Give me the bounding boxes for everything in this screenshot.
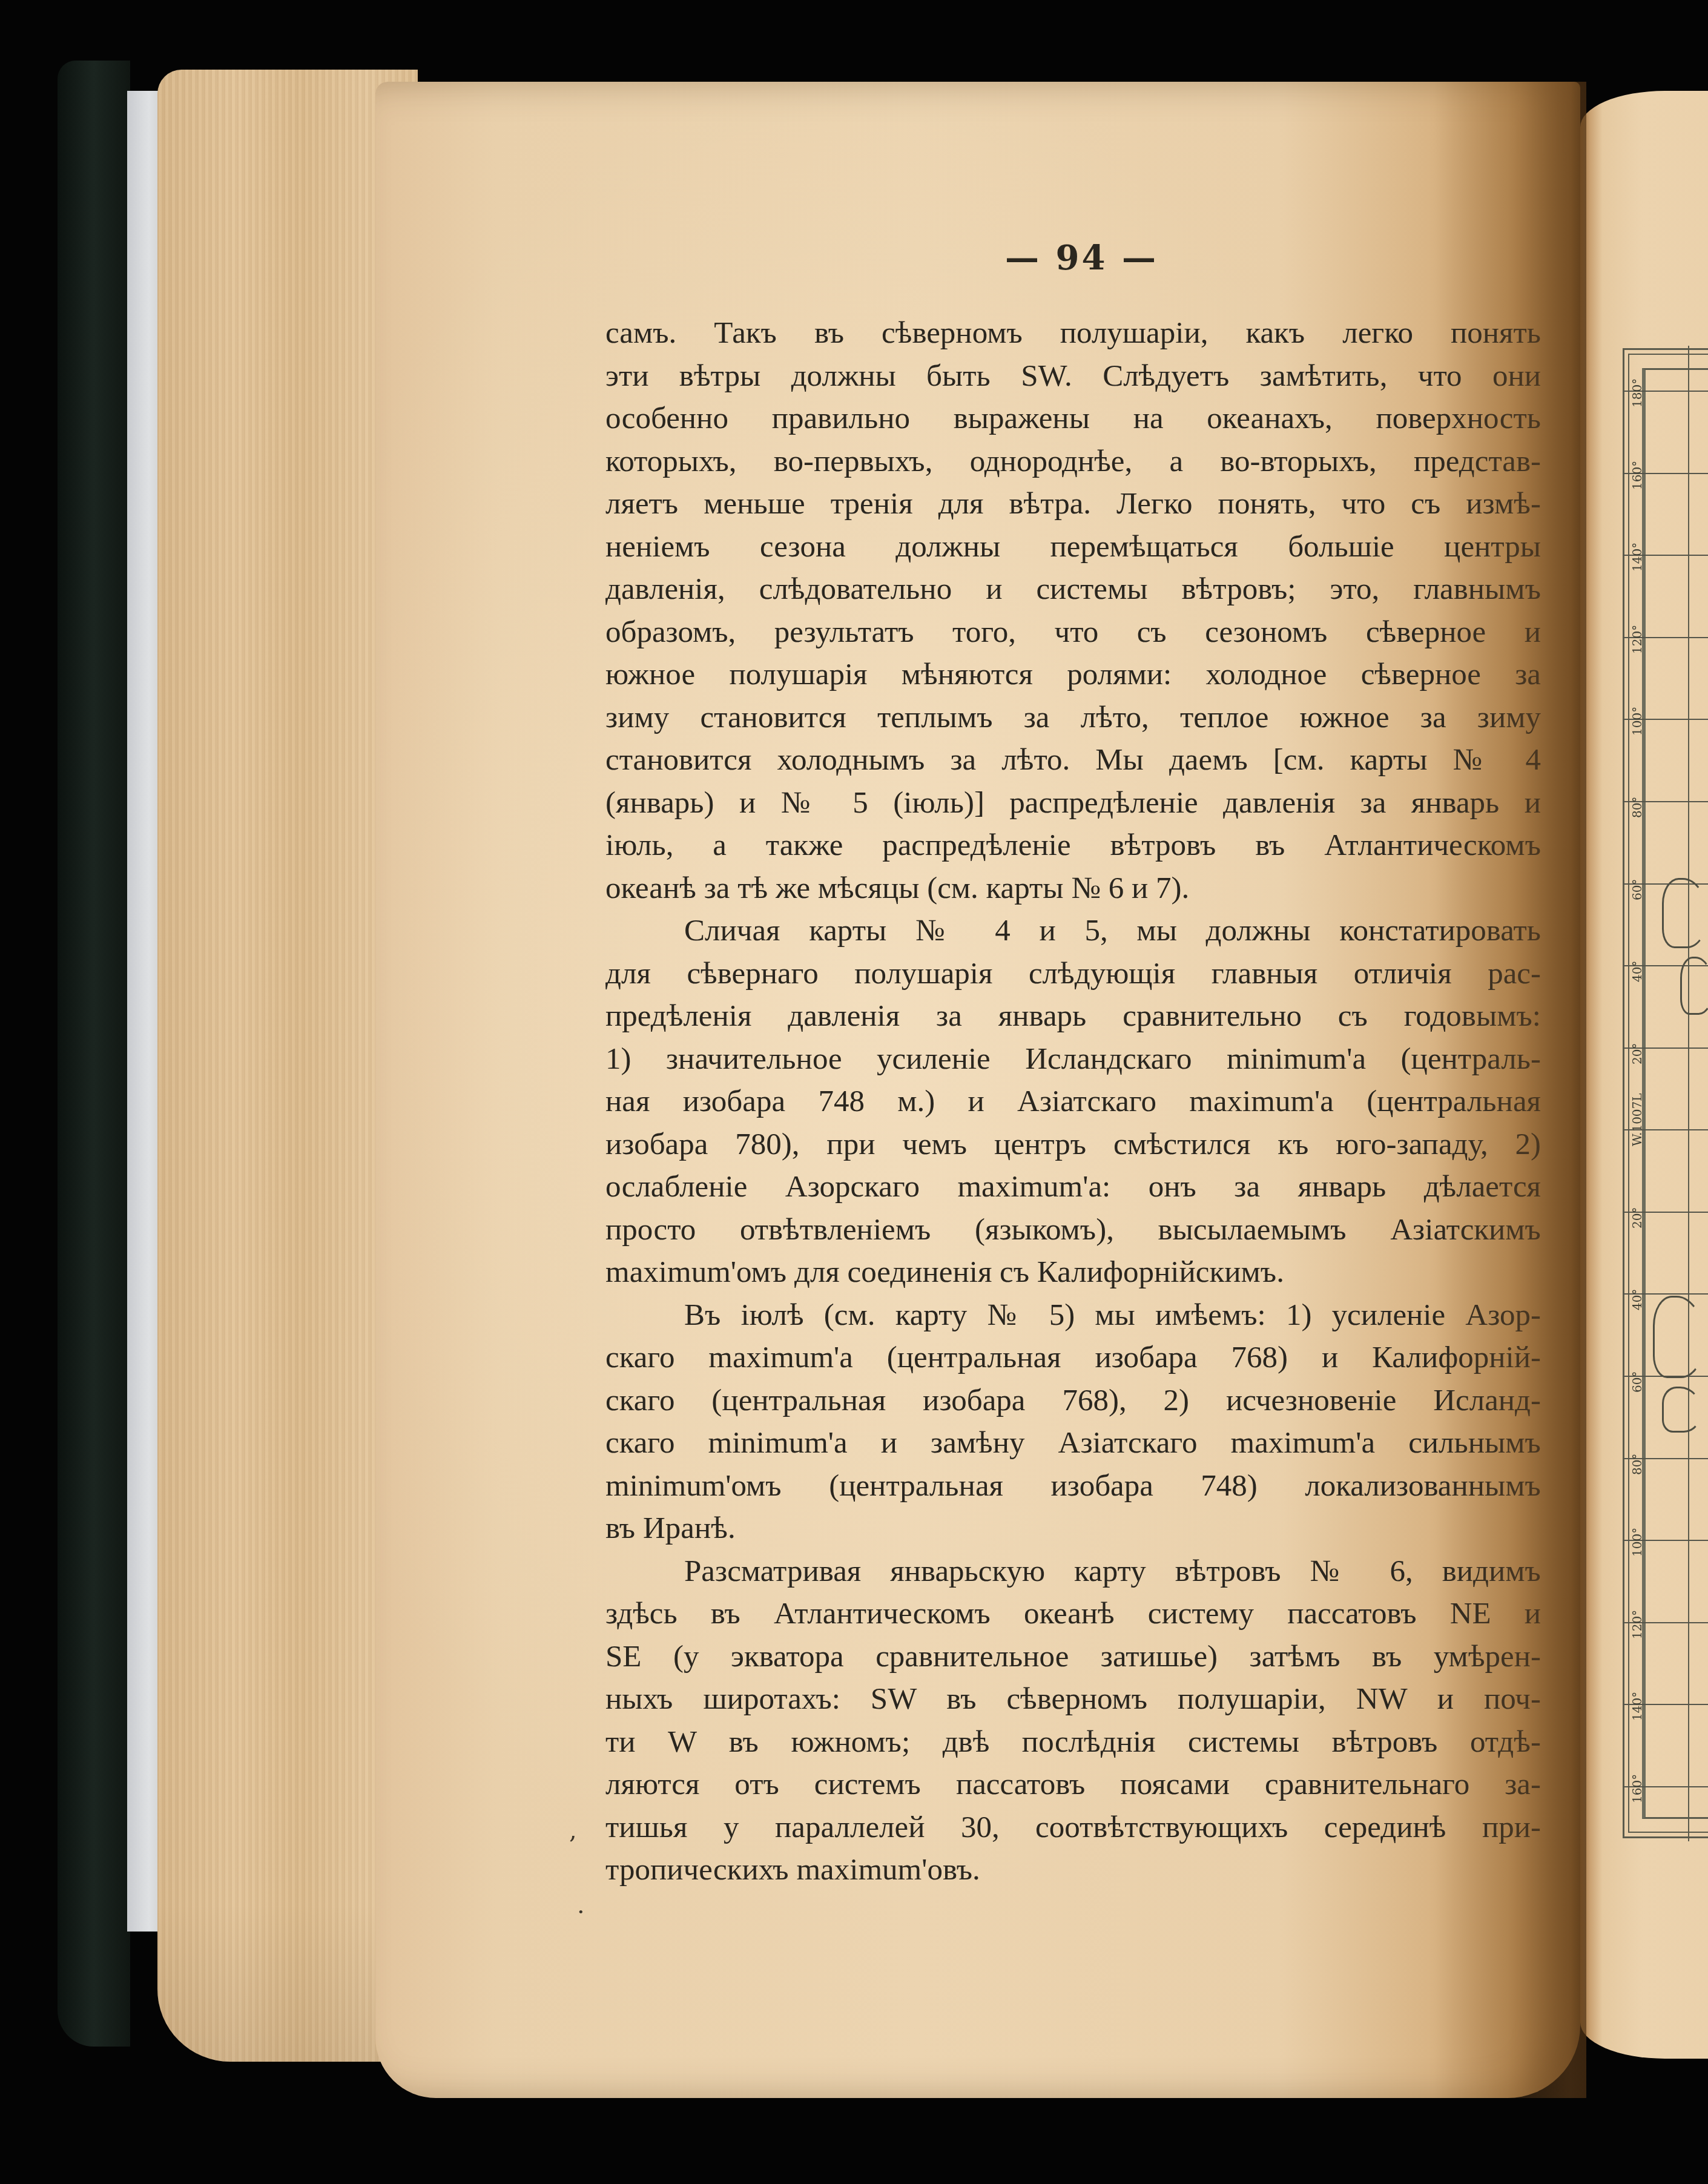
text-line: изобара 780), при чемъ центръ смѣстился … (605, 1123, 1541, 1166)
text-line: ти W въ южномъ; двѣ послѣднія системы вѣ… (605, 1721, 1541, 1764)
map-coastline-europe (1680, 957, 1708, 1015)
map-degree-label: 120° (1630, 1610, 1644, 1639)
map-degree-label: 80° (1630, 797, 1644, 818)
page-number-header: — 94 — (1005, 238, 1158, 278)
text-line: становится холоднымъ за лѣто. Мы даемъ [… (605, 739, 1541, 782)
text-line: самъ. Такъ въ сѣверномъ полушаріи, какъ … (605, 312, 1541, 355)
map-degree-label: 80° (1630, 1454, 1644, 1475)
text-line: для сѣвернаго полушарія слѣдующія главны… (605, 952, 1541, 995)
text-line: образомъ, результатъ того, что съ сезоно… (605, 611, 1541, 654)
map-degree-label: 60° (1630, 1371, 1644, 1393)
map-degree-label: 140° (1630, 1692, 1644, 1721)
text-line: ляетъ меньше тренія для вѣтра. Легко пон… (605, 483, 1541, 526)
text-line: Разсматривая январьскую карту вѣтровъ № … (605, 1550, 1541, 1593)
text-line: океанѣ за тѣ же мѣсяцы (см. карты № 6 и … (605, 867, 1541, 910)
map-degree-label: W.1007L (1630, 1093, 1644, 1146)
map-degree-label: 60° (1630, 879, 1644, 900)
text-line: зиму становится теплымъ за лѣто, теплое … (605, 696, 1541, 739)
text-line: скаго maximum'а (центральная изобара 768… (605, 1336, 1541, 1379)
text-line: давленія, слѣдовательно и системы вѣтров… (605, 568, 1541, 611)
body-text: самъ. Такъ въ сѣверномъ полушаріи, какъ … (605, 312, 1541, 1892)
text-line: ослабленіе Азорскаго maximum'а: онъ за я… (605, 1166, 1541, 1209)
map-degree-label: 160° (1630, 461, 1644, 490)
text-line: неніемъ сезона должны перемѣщаться больш… (605, 526, 1541, 569)
map-degree-label: 140° (1630, 543, 1644, 572)
map-degree-label: 120° (1630, 625, 1644, 654)
text-line: предѣленія давленія за январь сравнитель… (605, 995, 1541, 1038)
text-line: скаго (центральная изобара 768), 2) исче… (605, 1379, 1541, 1422)
text-line: ныхъ широтахъ: SW въ сѣверномъ полушаріи… (605, 1678, 1541, 1721)
map-inner-frame (1642, 368, 1708, 1819)
text-line: тропическихъ maximum'овъ. (605, 1849, 1541, 1892)
map-degree-label: 180° (1630, 378, 1644, 407)
text-line: іюль, а также распредѣленіе вѣтровъ въ А… (605, 824, 1541, 867)
text-line: скаго minimum'а и замѣну Азіатскаго maxi… (605, 1422, 1541, 1465)
text-line: въ Иранѣ. (605, 1507, 1541, 1550)
text-line: Въ іюлѣ (см. карту № 5) мы имѣемъ: 1) ус… (605, 1294, 1541, 1337)
text-line: просто отвѣтвленіемъ (языкомъ), высылаем… (605, 1209, 1541, 1252)
map-degree-label: 160° (1630, 1774, 1644, 1803)
text-line: 1) значительное усиленіе Исландскаго min… (605, 1038, 1541, 1081)
text-line: здѣсь въ Атлантическомъ океанѣ систему п… (605, 1592, 1541, 1635)
text-line: которыхъ, во-первыхъ, однороднѣе, а во-в… (605, 440, 1541, 483)
book-cover-edge (58, 61, 130, 2047)
margin-mark-comma: , (569, 1816, 577, 1844)
map-degree-label: 100° (1630, 707, 1644, 736)
map-degree-label: 100° (1630, 1528, 1644, 1557)
text-line: эти вѣтры должны быть SW. Слѣдуетъ замѣт… (605, 355, 1541, 398)
text-line: Сличая карты № 4 и 5, мы должны констати… (605, 909, 1541, 952)
text-line: ная изобара 748 м.) и Азіатскаго maximum… (605, 1080, 1541, 1123)
map-degree-label: 40° (1630, 1289, 1644, 1310)
map-degree-label: 20° (1630, 1207, 1644, 1229)
text-line: minimum'омъ (центральная изобара 748) ло… (605, 1465, 1541, 1508)
margin-mark-dot: · (577, 1898, 585, 1926)
text-line: (январь) и № 5 (іюль)] распредѣленіе дав… (605, 782, 1541, 825)
text-line: особенно правильно выражены на океанахъ,… (605, 397, 1541, 440)
map-degree-label: 20° (1630, 1043, 1644, 1064)
text-line: южное полушарія мѣняются ролями: холодно… (605, 653, 1541, 696)
map-degree-label: 40° (1630, 961, 1644, 982)
text-line: тишья у параллелей 30, соотвѣтствующихъ … (605, 1806, 1541, 1849)
text-line: ляются отъ системъ пассатовъ поясами сра… (605, 1763, 1541, 1806)
text-line: maximum'омъ для соединенія съ Калифорній… (605, 1251, 1541, 1294)
text-line: SE (у экватора сравнительное затишье) за… (605, 1635, 1541, 1678)
